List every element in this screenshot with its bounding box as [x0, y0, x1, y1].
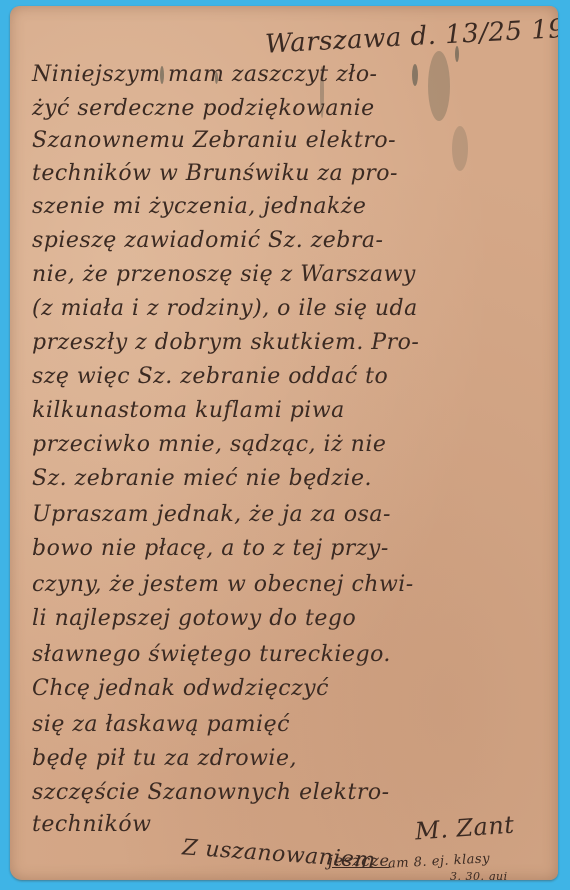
text-line-10: szę więc Sz. zebranie oddać to: [32, 364, 388, 389]
ink-stain: [412, 64, 418, 86]
ink-stain: [428, 51, 450, 121]
text-line-17: li najlepszej gotowy do tego: [32, 606, 356, 631]
text-line-14: Upraszam jednak, że ja za osa-: [32, 502, 391, 527]
text-line-8: (z miała i z rodziny), o ile się uda: [32, 296, 418, 321]
text-line-23: techników: [32, 812, 151, 837]
text-line-3: Szanownemu Zebraniu elektro-: [32, 128, 396, 153]
signature: M. Zant: [414, 811, 515, 846]
text-line-5: szenie mi życzenia, jednakże: [32, 194, 366, 219]
text-line-9: przeszły z dobrym skutkiem. Pro-: [32, 330, 419, 355]
text-line-16: czyny, że jestem w obecnej chwi-: [32, 572, 414, 597]
note-underlined: jeszcze: [328, 851, 389, 870]
text-line-6: spieszę zawiadomić Sz. zebra-: [32, 228, 383, 253]
text-line-7: nie, że przenoszę się z Warszawy: [32, 262, 416, 287]
text-line-22: szczęście Szanownych elektro-: [32, 780, 390, 805]
note-small: 3. 30. gui: [450, 870, 508, 880]
text-line-15: bowo nie płacę, a to z tej przy-: [32, 536, 389, 561]
text-line-1: Niniejszym mam zaszczyt zło-: [32, 62, 378, 87]
text-line-12: przeciwko mnie, sądząc, iż nie: [32, 432, 386, 457]
text-line-2: żyć serdeczne podziękowanie: [32, 96, 375, 121]
text-line-11: kilkunastoma kuflami piwa: [32, 398, 345, 423]
text-line-19: Chcę jednak odwdzięczyć: [32, 676, 329, 701]
text-line-21: będę pił tu za zdrowie,: [32, 746, 297, 771]
note-rest: am 8. ej. klasy: [388, 851, 491, 871]
ink-stain: [452, 126, 468, 171]
text-line-4: techników w Brunświku za pro-: [32, 161, 398, 186]
text-line-20: się za łaskawą pamięć: [32, 712, 290, 737]
postcard: Warszawa d. 13/25 19 95 r. Niniejszym ma…: [10, 6, 558, 880]
place-date: Warszawa d. 13/25 19 95 r.: [264, 10, 558, 59]
text-line-18: sławnego świętego tureckiego.: [32, 642, 391, 667]
text-line-13: Sz. zebranie mieć nie będzie.: [32, 466, 372, 491]
